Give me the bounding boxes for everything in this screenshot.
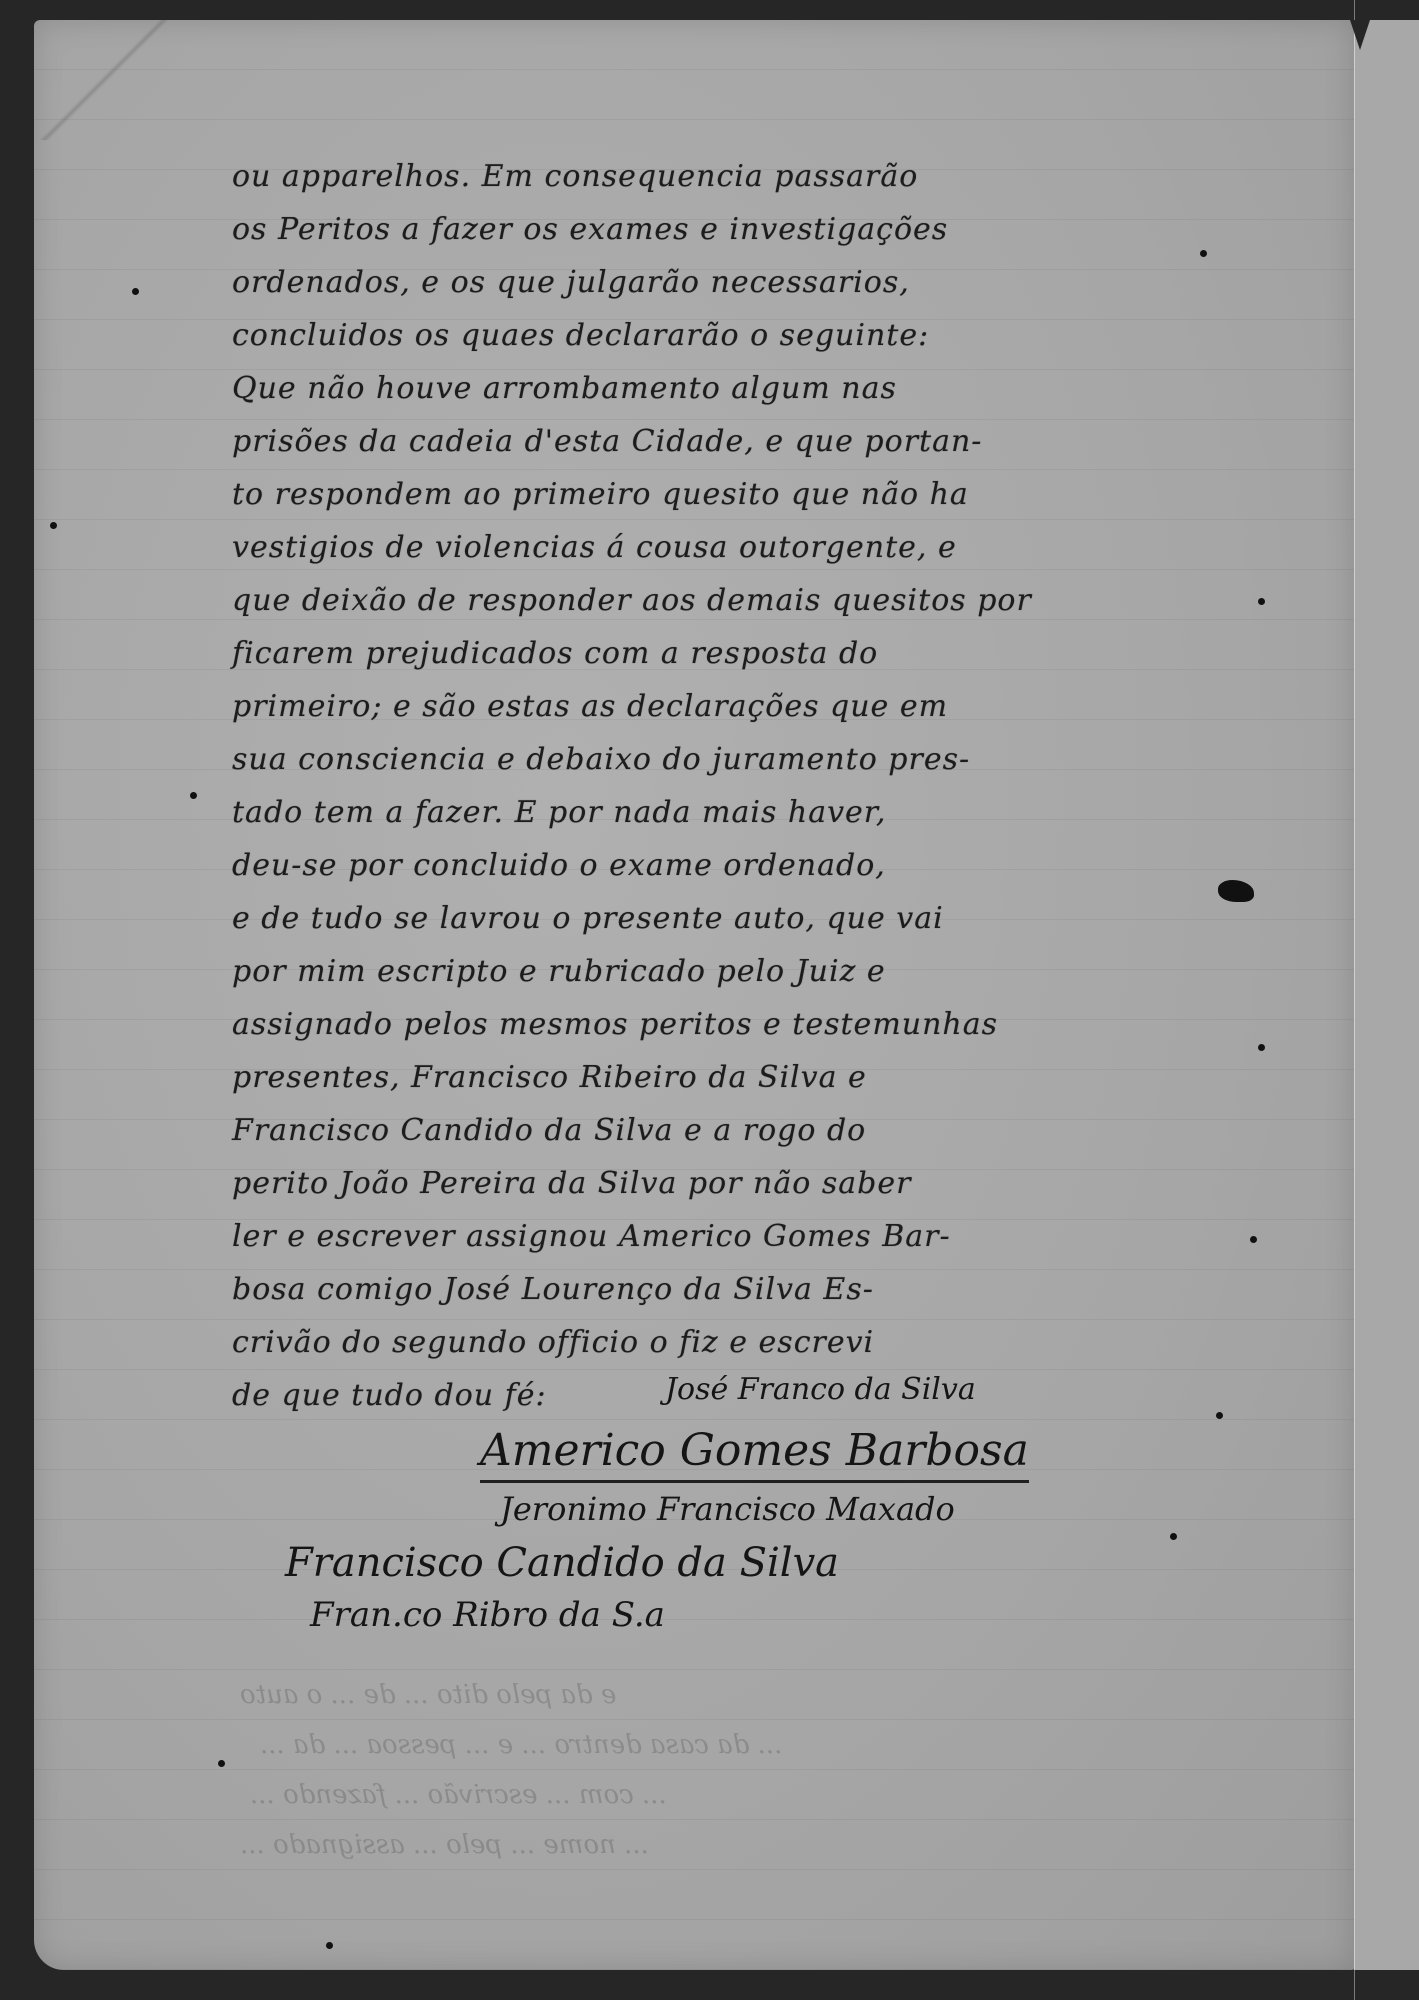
manuscript-line: perito João Pereira da Silva por não sab…: [232, 1157, 1192, 1210]
manuscript-line: ficarem prejudicados com a resposta do: [232, 627, 1192, 680]
adjacent-page-edge: [1354, 20, 1419, 1970]
ink-speck: [1216, 1412, 1223, 1419]
signature-francisco-candido: Francisco Candido da Silva: [285, 1540, 839, 1586]
bleed-through-text: ... nome ... pelo ... assignado ...: [240, 1830, 649, 1860]
ink-speck: [1258, 598, 1265, 605]
manuscript-line: os Peritos a fazer os exames e investiga…: [232, 203, 1192, 256]
corner-fold-crease: [34, 20, 174, 140]
document-scan: e da pelo dito ... de ... o auto ... da …: [0, 0, 1419, 2000]
manuscript-line: por mim escripto e rubricado pelo Juiz e: [232, 945, 1192, 998]
manuscript-line: assignado pelos mesmos peritos e testemu…: [232, 998, 1192, 1051]
manuscript-body: ou apparelhos. Em consequencia passarão …: [232, 150, 1192, 1422]
manuscript-line: ler e escrever assignou Americo Gomes Ba…: [232, 1210, 1192, 1263]
manuscript-line: concluidos os quaes declararão o seguint…: [232, 309, 1192, 362]
bleed-through-text: ... da casa dentro ... e ... pessoa ... …: [260, 1730, 782, 1760]
signature-francisco-ribeiro: Fran.co Ribro da S.a: [310, 1595, 665, 1635]
signature-jose-franco: José Franco da Silva: [665, 1372, 976, 1407]
signature-americo-gomes-barbosa: Americo Gomes Barbosa: [480, 1425, 1029, 1483]
ink-speck: [326, 1942, 333, 1949]
manuscript-line: tado tem a fazer. E por nada mais haver,: [232, 786, 1192, 839]
ink-speck: [1170, 1533, 1177, 1540]
ink-speck: [218, 1760, 225, 1767]
manuscript-line: prisões da cadeia d'esta Cidade, e que p…: [232, 415, 1192, 468]
manuscript-line: presentes, Francisco Ribeiro da Silva e: [232, 1051, 1192, 1104]
manuscript-line: ordenados, e os que julgarão necessarios…: [232, 256, 1192, 309]
ink-speck: [190, 792, 197, 799]
ink-speck: [132, 288, 139, 295]
manuscript-line: Que não houve arrombamento algum nas: [232, 362, 1192, 415]
signature-jeronimo-francisco: Jeronimo Francisco Maxado: [500, 1490, 955, 1528]
bleed-through-text: ... com ... escrivão ... fazendo ...: [250, 1780, 667, 1810]
manuscript-line: ou apparelhos. Em consequencia passarão: [232, 150, 1192, 203]
manuscript-line: Francisco Candido da Silva e a rogo do: [232, 1104, 1192, 1157]
manuscript-line: crivão do segundo officio o fiz e escrev…: [232, 1316, 1192, 1369]
manuscript-line: primeiro; e são estas as declarações que…: [232, 680, 1192, 733]
manuscript-line: e de tudo se lavrou o presente auto, que…: [232, 892, 1192, 945]
ink-speck: [1200, 250, 1207, 257]
ink-speck: [1250, 1236, 1257, 1243]
manuscript-line: to respondem ao primeiro quesito que não…: [232, 468, 1192, 521]
manuscript-line: sua consciencia e debaixo do juramento p…: [232, 733, 1192, 786]
ink-speck: [50, 522, 57, 529]
ink-speck: [1258, 1044, 1265, 1051]
manuscript-line: vestigios de violencias á cousa outorgen…: [232, 521, 1192, 574]
manuscript-line: que deixão de responder aos demais quesi…: [232, 574, 1192, 627]
manuscript-line: deu-se por concluido o exame ordenado,: [232, 839, 1192, 892]
manuscript-line: bosa comigo José Lourenço da Silva Es-: [232, 1263, 1192, 1316]
page-gutter: [1354, 0, 1355, 2000]
bleed-through-text: e da pelo dito ... de ... o auto: [240, 1680, 616, 1710]
